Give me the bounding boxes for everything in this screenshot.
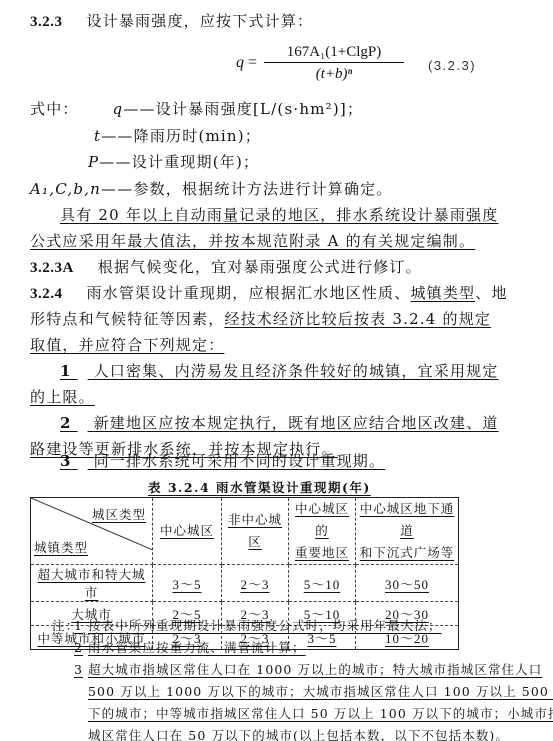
clause-text: 根据气候变化，宜对暴雨强度公式进行修订。 — [98, 258, 422, 276]
table-cell: 30～50 — [356, 565, 459, 602]
clause-3-2-4-line: 3.2.4 雨水管渠设计重现期，应根据汇水地区性质、城镇类型、地 — [30, 284, 508, 303]
list-item-continuation: 的上限。 — [30, 388, 95, 406]
clause-text-underlined: 城镇类型 — [410, 284, 475, 302]
where-label: 式中： — [30, 100, 79, 118]
item-text: 人口密集、内涝易发且经济条件较好的城镇，宜采用规定 — [94, 362, 499, 380]
table-caption: 表 3.2.4 雨水管渠设计重现期(年) — [148, 478, 371, 496]
variable-where-line: 式中： q——设计暴雨强度[L/(s·hm²)]； — [30, 100, 363, 118]
clause-3-2-3-heading: 3.2.3 设计暴雨强度，应按下式计算： — [30, 12, 313, 31]
variable-line: P——设计重现期(年)； — [88, 153, 259, 171]
clause-text-underlined: 经技术经济比较后按表 3.2.4 的规定 — [224, 310, 491, 328]
equation-number: (3.2.3) — [428, 58, 476, 73]
note-text: 城区常住人口在 50 万以下的城市(以上包括本数，以下不包括本数)。 — [88, 728, 509, 741]
variable-desc: 设计暴雨强度[L/(s·hm²)]； — [156, 100, 363, 118]
clause-text: 形特点和气候特征等因素， — [30, 310, 224, 328]
variable-dash: —— — [123, 100, 155, 118]
item-number: 1 — [60, 362, 72, 380]
paragraph-line: 具有 20 年以上自动雨量记录的地区，排水系统设计暴雨强度 — [60, 206, 498, 224]
formula-denominator: (t+b)ⁿ — [264, 63, 404, 83]
corner-bottom-label: 城镇类型 — [34, 537, 88, 559]
list-item: 1 人口密集、内涝易发且经济条件较好的城镇，宜采用规定 — [60, 362, 499, 380]
variable-line: t——降雨历时(min)； — [94, 127, 261, 145]
clause-3-2-4-line: 取值，并应符合下列规定： — [30, 336, 224, 354]
item-number: 3 — [60, 452, 72, 470]
table-cell: 3～5 — [153, 565, 222, 602]
column-header: 中心城区地下通道和下沉式广场等 — [356, 498, 459, 565]
clause-3-2-3A: 3.2.3A 根据气候变化，宜对暴雨强度公式进行修订。 — [30, 258, 422, 277]
corner-top-label: 城区类型 — [92, 504, 146, 526]
item-text: 新建地区应按本规定执行，既有地区应结合地区改建、道 — [94, 414, 499, 432]
table-row: 超大城市和特大城市 3～5 2～3 5～10 30～50 — [31, 565, 459, 602]
table-cell: 2～3 — [222, 565, 289, 602]
variable-symbol: A₁,C,b,n — [30, 180, 101, 198]
note-text: 超大城市指城区常住人口在 1000 万以上的城市；特大城市指城区常住人口 — [88, 662, 542, 678]
clause-text: 雨水管渠设计重现期，应根据汇水地区性质、 — [86, 284, 410, 302]
note-number: 1 — [74, 618, 83, 634]
clause-3-2-4-line: 形特点和气候特征等因素，经技术经济比较后按表 3.2.4 的规定 — [30, 310, 491, 328]
note-text: 下的城市；中等城市指城区常住人口 50 万以上 100 万以下的城市；小城市指 — [88, 706, 553, 722]
note-text: 雨水管渠应按重力流、满管流计算； — [88, 640, 306, 656]
clause-number: 3.2.4 — [30, 286, 63, 302]
clause-number: 3.2.3 — [30, 14, 63, 30]
table-header-row: 城区类型 城镇类型 中心城区 非中心城区 中心城区的重要地区 中心城区地下通道和… — [31, 498, 459, 565]
variable-dash: —— — [101, 127, 133, 145]
note-text: 按表中所列重现期设计暴雨强度公式时，均采用年最大法； — [88, 618, 442, 634]
variable-desc: 参数，根据统计方法进行计算确定。 — [133, 180, 392, 198]
note-text: 500 万以上 1000 万以下的城市；大城市指城区常住人口 100 万以上 5… — [88, 684, 553, 700]
variable-line: A₁,C,b,n——参数，根据统计方法进行计算确定。 — [30, 180, 393, 198]
note-number: 2 — [74, 640, 83, 656]
item-text: 同一排水系统可采用不同的设计重现期。 — [94, 452, 386, 470]
row-label: 超大城市和特大城市 — [31, 565, 153, 602]
formula-numerator: 167A₁(1+ClgP) — [264, 42, 404, 63]
item-number: 2 — [60, 414, 72, 432]
column-header: 中心城区的重要地区 — [289, 498, 356, 565]
list-item: 2 新建地区应按本规定执行，既有地区应结合地区改建、道 — [60, 414, 499, 432]
variable-dash: —— — [99, 153, 131, 171]
column-header: 非中心城区 — [222, 498, 289, 565]
formula-fraction: 167A₁(1+ClgP) (t+b)ⁿ — [264, 42, 404, 83]
column-header: 中心城区 — [153, 498, 222, 565]
formula-equals: = — [248, 54, 257, 72]
variable-dash: —— — [101, 180, 133, 198]
note-number: 3 — [74, 662, 83, 678]
variable-desc: 降雨历时(min)； — [134, 127, 261, 145]
paragraph-line: 公式应采用年最大值法，并按本规范附录 A 的有关规定编制。 — [30, 232, 475, 250]
variable-desc: 设计重现期(年)； — [132, 153, 260, 171]
table-corner-cell: 城区类型 城镇类型 — [31, 498, 153, 565]
variable-symbol: P — [88, 153, 99, 171]
clause-text: 、地 — [475, 284, 507, 302]
clause-text: 设计暴雨强度，应按下式计算： — [86, 12, 313, 30]
formula-lhs: q — [236, 54, 244, 72]
table-cell: 5～10 — [289, 565, 356, 602]
list-item: 3 同一排水系统可采用不同的设计重现期。 — [60, 452, 385, 470]
variable-symbol: q — [113, 100, 124, 118]
clause-number: 3.2.3A — [30, 260, 74, 276]
